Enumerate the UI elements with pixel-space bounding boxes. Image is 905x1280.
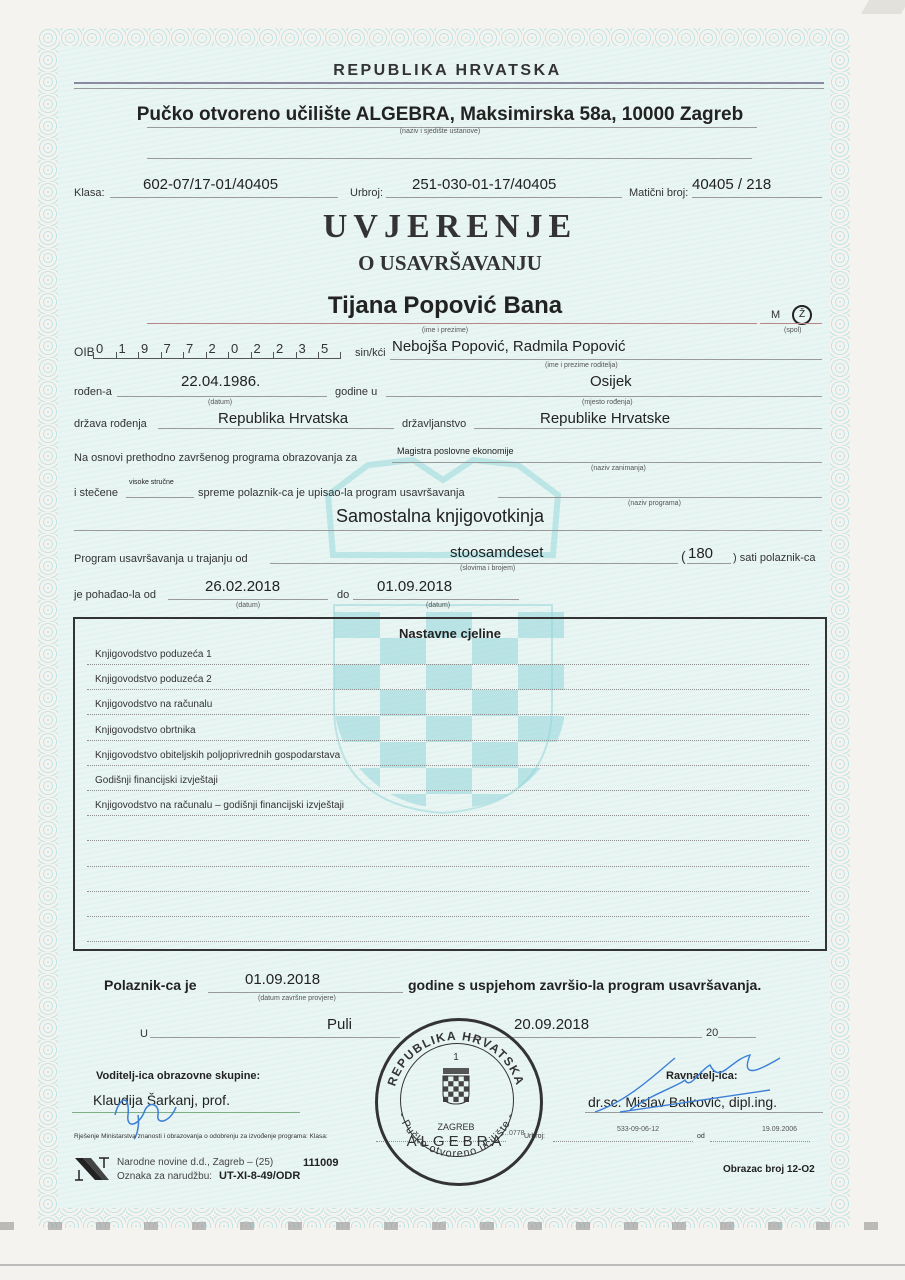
duration-words: stoosamdeset (450, 544, 543, 561)
klasa-label: Klasa: (74, 187, 105, 199)
unit-row-line (87, 941, 809, 942)
unit-item: Knjigovodstvo poduzeća 2 (95, 674, 212, 685)
name-line (147, 323, 757, 324)
to-date-caption: (datum) (426, 602, 450, 609)
ministry-date: 19.09.2006 (762, 1126, 797, 1133)
prior-education-label: Na osnovi prethodno završenog programa o… (74, 452, 357, 464)
attended-label: je pohađao-la od (74, 589, 156, 601)
klasa-value: 602-07/17-01/40405 (143, 176, 278, 193)
unit-row-line (87, 840, 809, 841)
perforation-strip (0, 1222, 905, 1230)
unit-row-line (87, 765, 809, 766)
leader-signature (110, 1085, 180, 1140)
maticni-value: 40405 / 218 (692, 176, 771, 193)
to-date-line (353, 599, 519, 600)
leader-sign-line (72, 1112, 300, 1113)
order-code: UT-XI-8-49/ODR (219, 1170, 300, 1182)
program-name: Samostalna knjigovotkinja (0, 506, 880, 527)
prior-education-caption: (naziv zanimanja) (591, 465, 646, 472)
svg-text:ALGEBRA: ALGEBRA (407, 1133, 506, 1150)
ministry-urbroj: 533-09-06-12 (617, 1126, 659, 1133)
unit-row-line (87, 866, 809, 867)
oib-tick (228, 352, 229, 358)
from-date-caption: (datum) (236, 602, 260, 609)
completion-date-line (208, 992, 403, 993)
to-date: 01.09.2018 (377, 578, 452, 595)
unit-item: Knjigovodstvo obrtnika (95, 725, 196, 736)
prior-education-value: Magistra poslovne ekonomije (397, 446, 514, 456)
unit-row-line (87, 916, 809, 917)
born-label: rođen-a (74, 386, 112, 398)
narodne-novine-logo-icon (73, 1156, 111, 1182)
birth-country-value: Republika Hrvatska (218, 410, 348, 427)
page-edge (0, 1264, 905, 1266)
urbroj-label: Urbroj: (350, 187, 383, 199)
header-rule (74, 82, 824, 89)
unit-item: Knjigovodstvo obiteljskih poljoprivredni… (95, 750, 340, 761)
birth-date-line (117, 396, 327, 397)
institution-name: Pučko otvoreno učilište ALGEBRA, Maksimi… (0, 104, 880, 126)
parent-label: sin/kći (355, 347, 386, 359)
oib-field: 01977202235 (93, 342, 341, 359)
sex-caption: (spol) (784, 327, 802, 334)
unit-item: Knjigovodstvo na računalu (95, 699, 212, 710)
duration-caption: (slovima i brojem) (460, 565, 515, 572)
degree-prefix: i stečene (74, 487, 118, 499)
institution-caption: (naziv i sjedište ustanove) (0, 128, 880, 135)
holder-name: Tijana Popović Bana (0, 292, 890, 320)
official-stamp: REPUBLIKA HRVATSKA - Pučko otvoreno učil… (375, 1018, 543, 1186)
oib-tick (116, 352, 117, 358)
blank-line (147, 158, 752, 159)
ministry-urbroj-line (553, 1141, 693, 1142)
units-title: Nastavne cjeline (75, 626, 825, 641)
folded-corner (861, 0, 905, 14)
document-title: UVJERENJE (0, 208, 900, 246)
parents-line (390, 359, 822, 360)
oib-tick (340, 352, 341, 358)
duration-line (270, 563, 678, 564)
parents-caption: (ime i prezime roditelja) (545, 362, 618, 369)
svg-text:ZAGREB: ZAGREB (437, 1122, 474, 1132)
form-number: Obrazac broj 12-O2 (723, 1164, 815, 1175)
name-caption: (ime i prezime) (0, 327, 890, 334)
unit-row-line (87, 790, 809, 791)
unit-row-line (87, 714, 809, 715)
oib-label: OIB (74, 345, 95, 359)
oib-tick (296, 352, 297, 358)
duration-suffix: ) sati polaznik-ca (733, 552, 816, 564)
degree-suffix: spreme polaznik-ca je upisao-la program … (198, 487, 465, 499)
prior-education-line (392, 462, 822, 463)
oib-tick (93, 352, 94, 358)
ministry-date-line (710, 1141, 810, 1142)
duration-hours: 180 (688, 545, 713, 562)
units-table: Nastavne cjeline Knjigovodstvo poduzeća … (73, 617, 827, 951)
unit-row-line (87, 689, 809, 690)
citizenship-label: državljanstvo (402, 418, 466, 430)
urbroj-line (386, 197, 622, 198)
program-line (74, 530, 822, 531)
year-label: 20 (706, 1027, 718, 1039)
birth-place-caption: (mjesto rođenja) (582, 399, 633, 406)
completion-prefix: Polaznik-ca je (104, 977, 197, 993)
place-value: Puli (327, 1016, 352, 1033)
oib-tick (138, 352, 139, 358)
citizenship-value: Republike Hrvatske (540, 410, 670, 427)
open-paren: ( (681, 548, 686, 564)
leader-label: Voditelj-ica obrazovne skupine: (96, 1070, 260, 1082)
order-label: Oznaka za narudžbu: (117, 1171, 212, 1182)
ministry-od-label: od (697, 1133, 705, 1140)
birth-place-value: Osijek (590, 373, 632, 390)
birth-country-line (158, 428, 394, 429)
publisher-code: 111009 (303, 1157, 339, 1169)
svg-text:1: 1 (453, 1052, 459, 1063)
urbroj-value: 251-030-01-17/40405 (412, 176, 556, 193)
year-line (718, 1037, 756, 1038)
parents-value: Nebojša Popović, Radmila Popović (392, 338, 625, 355)
unit-item: Knjigovodstvo poduzeća 1 (95, 649, 212, 660)
document-subtitle: O USAVRŠAVANJU (0, 251, 900, 276)
oib-tick (206, 352, 207, 358)
place-line (150, 1037, 400, 1038)
degree-line (126, 497, 194, 498)
unit-item: Godišnji financijski izvještaji (95, 775, 218, 786)
oib-tick (273, 352, 274, 358)
birth-date-value: 22.04.1986. (181, 373, 260, 390)
degree-value: visoke stručne (129, 479, 174, 486)
unit-row-line (87, 815, 809, 816)
duration-label: Program usavršavanja u trajanju od (74, 553, 248, 565)
sex-m[interactable]: M (771, 309, 780, 321)
unit-item: Knjigovodstvo na računalu – godišnji fin… (95, 800, 344, 811)
birth-date-caption: (datum) (208, 399, 232, 406)
birth-country-label: država rođenja (74, 418, 147, 430)
completion-date: 01.09.2018 (245, 971, 320, 988)
publisher-text: Narodne novine d.d., Zagreb – (25) (117, 1157, 273, 1168)
place-label: U (140, 1028, 148, 1040)
unit-row-line (87, 664, 809, 665)
country-heading: REPUBLIKA HRVATSKA (0, 62, 895, 80)
citizenship-line (474, 428, 822, 429)
born-in-label: godine u (335, 386, 377, 398)
unit-row-line (87, 740, 809, 741)
hours-line (687, 563, 731, 564)
klasa-line (110, 197, 338, 198)
from-date-line (168, 599, 328, 600)
birth-place-line (386, 396, 822, 397)
oib-tick (161, 352, 162, 358)
oib-tick (251, 352, 252, 358)
unit-row-line (87, 891, 809, 892)
oib-tick (183, 352, 184, 358)
to-label: do (337, 589, 349, 601)
sex-line (760, 323, 822, 324)
maticni-label: Matični broj: (629, 187, 688, 199)
completion-suffix: godine s uspjehom završio-la program usa… (408, 977, 761, 993)
sex-z-circled[interactable]: Ž (792, 305, 812, 325)
program-line-top (498, 497, 822, 498)
director-signature (590, 1050, 790, 1120)
ministry-text: Rješenje Ministarstva znanosti i obrazov… (74, 1133, 328, 1140)
from-date: 26.02.2018 (205, 578, 280, 595)
oib-tick (318, 352, 319, 358)
completion-date-caption: (datum završne provjere) (258, 995, 336, 1002)
maticni-line (692, 197, 822, 198)
